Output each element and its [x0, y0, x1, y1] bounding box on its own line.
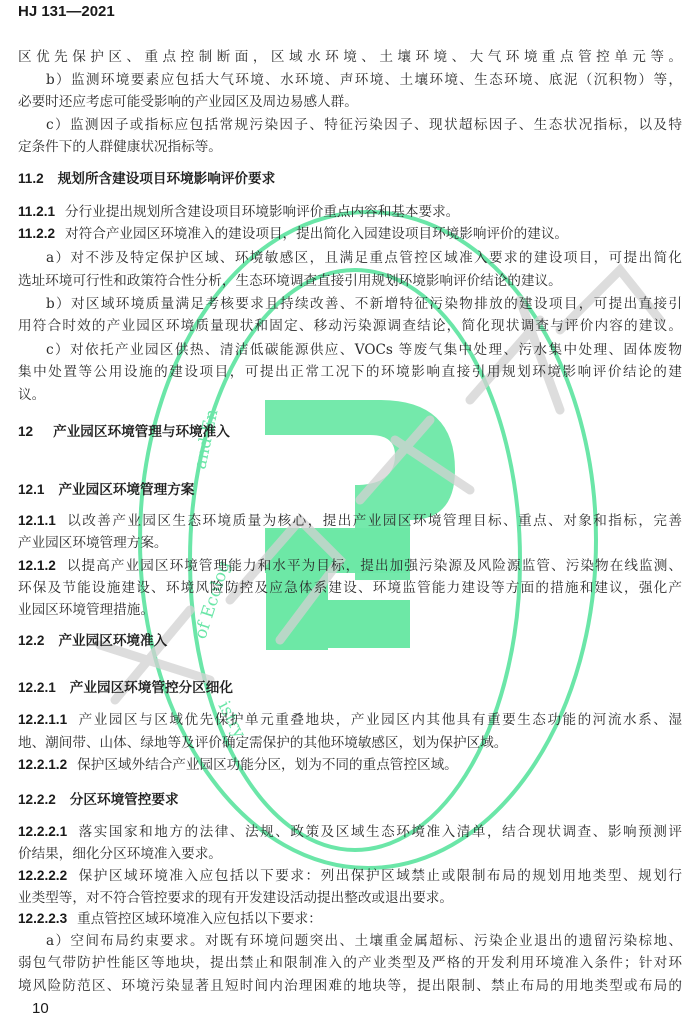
list-item-c: c）对依托产业园区供热、清洁低碳能源供应、VOCs 等废气集中处理、污水集中处理… — [46, 340, 682, 360]
section-heading-12-1: 12.1产业园区环境管理方案 — [18, 480, 194, 500]
section-number: 12.2.1 — [18, 680, 56, 695]
section-title: 产业园区环境准入 — [58, 633, 167, 649]
section-heading-12-2-1: 12.2.1产业园区环境管控分区细化 — [18, 678, 233, 698]
document-code-header: HJ 131—2021 — [18, 3, 115, 20]
list-item-a: a）空间布局约束要求。对既有环境问题突出、土壤重金属超标、污染企业退出的遗留污染… — [46, 931, 682, 951]
clause-text: 重点管控区域环境准入应包括以下要求： — [77, 911, 322, 927]
clause-text: 保护区域环境准入应包括以下要求：列出保护区域禁止或限制布局的规划用地类型、规划行 — [77, 868, 682, 884]
list-item-b: b）对区域环境质量满足考核要求且持续改善、不新增特征污染物排放的建设项目，可提出… — [46, 294, 682, 314]
paragraph-line: b）监测环境要素应包括大气环境、水环境、声环境、土壤环境、生态环境、底泥（沉积物… — [46, 70, 682, 90]
paragraph-line: 区优先保护区、重点控制断面，区域水环境、土壤环境、大气环境重点管控单元等。 — [18, 47, 682, 67]
clause-12-2-2-3: 12.2.2.3重点管控区域环境准入应包括以下要求： — [18, 909, 682, 929]
clause-number: 12.2.2.3 — [18, 911, 67, 926]
section-heading-11-2: 11.2规划所含建设项目环境影响评价要求 — [18, 169, 275, 189]
paragraph-line: 必要时还应考虑可能受影响的产业园区及周边易感人群。 — [18, 92, 682, 112]
clause-number: 12.2.1.1 — [18, 712, 67, 727]
list-item-a-cont: 弱包气带防护性能区等地块，提出禁止和限制准入的产业类型及严格的开发利用环境准入条… — [18, 953, 682, 973]
section-heading-12-2-2: 12.2.2分区环境管控要求 — [18, 790, 179, 810]
clause-number: 11.2.1 — [18, 204, 55, 219]
clause-number: 12.1.1 — [18, 513, 56, 528]
section-number: 12.2 — [18, 633, 44, 648]
clause-number: 12.1.2 — [18, 558, 56, 573]
clause-text: 对符合产业园区环境准入的建设项目，提出简化入园建设项目环境影响评价的建议。 — [65, 226, 568, 242]
clause-12-1-1-cont: 产业园区环境管理方案。 — [18, 533, 682, 553]
section-title: 产业园区环境管理与环境准入 — [53, 424, 230, 440]
list-item-a: a）对不涉及特定保护区域、环境敏感区，且满足重点管控区域准入要求的建设项目，可提… — [46, 248, 682, 268]
clause-text: 以改善产业园区生态环境质量为核心，提出产业园区环境管理目标、重点、对象和指标，完… — [66, 513, 682, 529]
clause-12-1-1: 12.1.1以改善产业园区生态环境质量为核心，提出产业园区环境管理目标、重点、对… — [18, 511, 682, 531]
clause-12-2-2-1: 12.2.2.1落实国家和地方的法律、法规、政策及区域生态环境准入清单，结合现状… — [18, 822, 682, 842]
clause-text: 以提高产业园区环境管理能力和水平为目标，提出加强污染源及风险源监管、污染物在线监… — [66, 558, 682, 574]
paragraph-line: 定条件下的人群健康状况指标等。 — [18, 137, 682, 157]
clause-text: 产业园区与区域优先保护单元重叠地块，产业园区内其他具有重要生态功能的河流水系、湿 — [77, 712, 682, 728]
page-number: 10 — [32, 1000, 49, 1017]
clause-12-1-2-cont: 环保及节能设施建设、环境风险防控及应急体系建设、环境监管能力建设等方面的措施和建… — [18, 578, 682, 598]
clause-text: 分行业提出规划所含建设项目环境影响评价重点内容和基本要求。 — [65, 204, 459, 220]
list-item-b-cont: 用符合时效的产业园区环境质量现状和固定、移动污染源调查结论，简化现状调查与评价内… — [18, 316, 682, 336]
clause-11-2-1: 11.2.1分行业提出规划所含建设项目环境影响评价重点内容和基本要求。 — [18, 202, 682, 222]
clause-text: 落实国家和地方的法律、法规、政策及区域生态环境准入清单，结合现状调查、影响预测评 — [77, 824, 682, 840]
clause-12-2-2-1-cont: 价结果，细化分区环境准入要求。 — [18, 844, 682, 864]
section-title: 产业园区环境管理方案 — [58, 482, 194, 498]
clause-12-2-1-1-cont: 地、潮间带、山体、绿地等及评价确定需保护的其他环境敏感区，划为保护区域。 — [18, 733, 682, 753]
section-title: 分区环境管控要求 — [70, 792, 179, 808]
section-heading-12-2: 12.2产业园区环境准入 — [18, 631, 167, 651]
document-page: and En of Ecolog istry HJ 131—2021 区优先保护… — [0, 0, 700, 1024]
list-item-a-cont: 选址环境可行性和政策符合性分析，生态环境调查直接引用规划环境影响评价结论的建议。 — [18, 271, 682, 291]
clause-12-2-1-2: 12.2.1.2保护区域外结合产业园区功能分区，划为不同的重点管控区域。 — [18, 755, 682, 775]
section-title: 产业园区环境管控分区细化 — [70, 680, 233, 696]
clause-12-2-2-2: 12.2.2.2保护区域环境准入应包括以下要求：列出保护区域禁止或限制布局的规划… — [18, 866, 682, 886]
clause-12-2-2-2-cont: 业类型等，对不符合管控要求的现有开发建设活动提出整改或退出要求。 — [18, 888, 682, 908]
list-item-a-cont: 境风险防范区、环境污染显著且短时间内治理困难的地块等，提出限制、禁止布局的用地类… — [18, 976, 682, 996]
clause-text: 保护区域外结合产业园区功能分区，划为不同的重点管控区域。 — [77, 757, 458, 773]
clause-number: 11.2.2 — [18, 226, 55, 241]
section-title: 规划所含建设项目环境影响评价要求 — [58, 171, 276, 187]
section-number: 11.2 — [18, 171, 44, 186]
clause-number: 12.2.1.2 — [18, 757, 67, 772]
clause-12-2-1-1: 12.2.1.1产业园区与区域优先保护单元重叠地块，产业园区内其他具有重要生态功… — [18, 710, 682, 730]
paragraph-line: c）监测因子或指标应包括常规污染因子、特征污染因子、现状超标因子、生态状况指标，… — [46, 115, 682, 135]
section-number: 12.2.2 — [18, 792, 56, 807]
section-heading-12: 12产业园区环境管理与环境准入 — [18, 422, 230, 442]
clause-12-1-2-cont: 业园区环境管理措施。 — [18, 600, 682, 620]
clause-number: 12.2.2.1 — [18, 824, 67, 839]
list-item-c-cont: 集中处置等公用设施的建设项目，可提出正常工况下的环境影响直接引用规划环境影响评价… — [18, 362, 682, 382]
section-number: 12 — [18, 424, 33, 439]
clause-12-1-2: 12.1.2以提高产业园区环境管理能力和水平为目标，提出加强污染源及风险源监管、… — [18, 556, 682, 576]
clause-11-2-2: 11.2.2对符合产业园区环境准入的建设项目，提出简化入园建设项目环境影响评价的… — [18, 224, 682, 244]
list-item-c-cont: 议。 — [18, 385, 682, 405]
section-number: 12.1 — [18, 482, 44, 497]
clause-number: 12.2.2.2 — [18, 868, 67, 883]
